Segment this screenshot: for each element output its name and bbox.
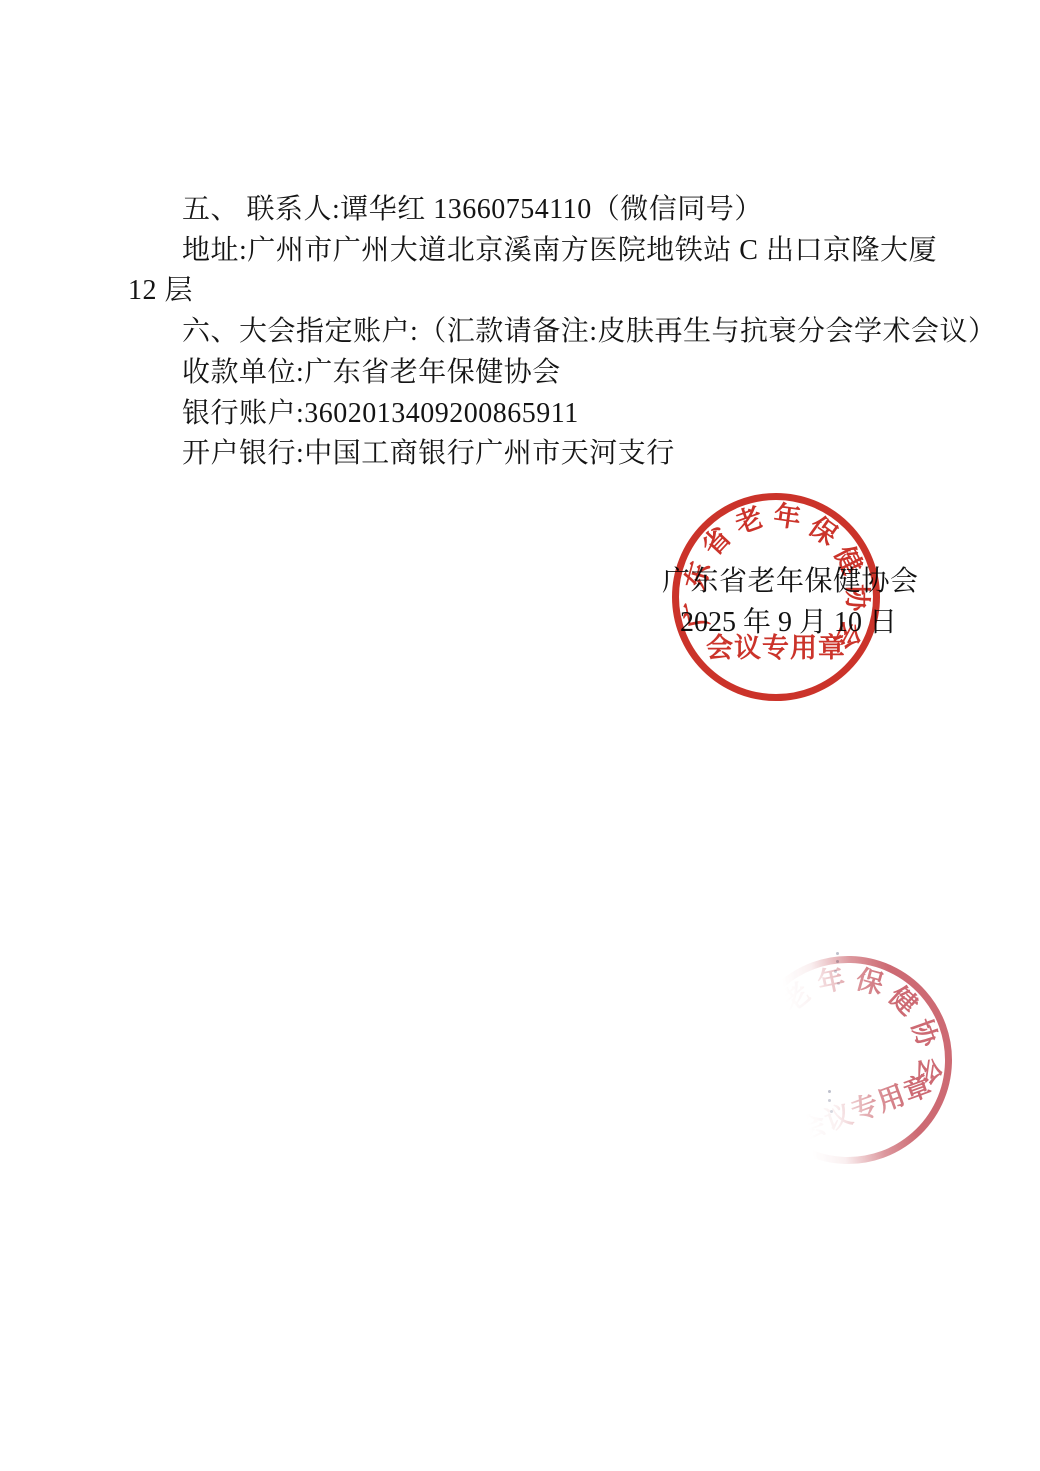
contact-line: 五、 联系人:谭华红 13660754110（微信同号） xyxy=(128,190,988,231)
svg-text:省: 省 xyxy=(697,522,737,562)
address-line: 地址:广州市广州大道北京溪南方医院地铁站 C 出口京隆大厦 xyxy=(128,231,988,272)
address-line-continued: 12 层 xyxy=(128,271,988,312)
faded-partial-seal-stamp: 广东省老年保健协会会议专用章 xyxy=(738,950,958,1170)
svg-text:保: 保 xyxy=(853,964,887,1000)
svg-text:老: 老 xyxy=(777,977,817,1017)
partial-seal-graphic: 广东省老年保健协会会议专用章 xyxy=(707,919,989,1201)
svg-text:东: 东 xyxy=(751,1052,783,1081)
svg-text:省: 省 xyxy=(754,1010,792,1047)
svg-text:广: 广 xyxy=(759,1083,799,1122)
body-text-block: 五、 联系人:谭华红 13660754110（微信同号） 地址:广州市广州大道北… xyxy=(128,190,988,475)
account-heading-line: 六、大会指定账户:（汇款请备注:皮肤再生与抗衰分会学术会议） xyxy=(128,312,988,353)
svg-text:保: 保 xyxy=(803,511,842,551)
scan-speck xyxy=(828,1090,831,1093)
svg-text:会: 会 xyxy=(911,1056,944,1087)
svg-text:会议专用章: 会议专用章 xyxy=(794,1069,936,1146)
bank-branch-line: 开户银行:中国工商银行广州市天河支行 xyxy=(128,434,988,475)
svg-text:协: 协 xyxy=(906,1015,944,1051)
bank-account-line: 银行账户:3602013409200865911 xyxy=(128,394,988,435)
svg-text:年: 年 xyxy=(815,962,848,998)
signature-organization: 广东省老年保健协会 xyxy=(662,559,919,599)
payee-line: 收款单位:广东省老年保健协会 xyxy=(128,353,988,394)
svg-text:健: 健 xyxy=(883,981,923,1021)
svg-text:年: 年 xyxy=(772,499,803,533)
scan-speck xyxy=(836,952,839,955)
svg-text:老: 老 xyxy=(731,502,766,539)
signature-date: 2025 年 9 月 10 日 xyxy=(680,600,897,640)
scanned-document-page: 五、 联系人:谭华红 13660754110（微信同号） 地址:广州市广州大道北… xyxy=(0,0,1040,1471)
